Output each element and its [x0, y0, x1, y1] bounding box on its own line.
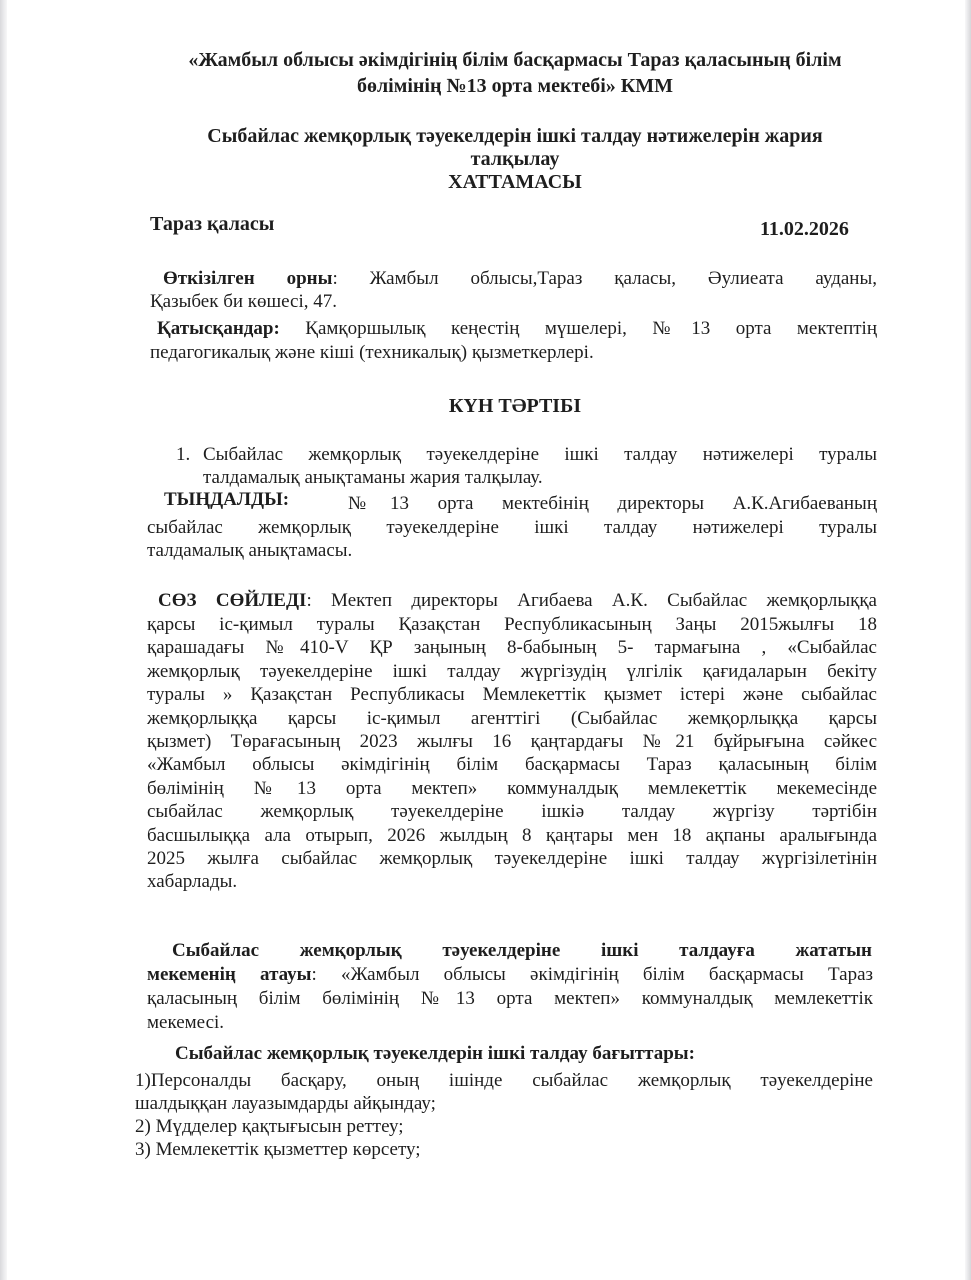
participants-label: Қатысқандар: [157, 318, 280, 339]
spoke-line: «Жамбыл облысы әкімдігінің білім басқарм… [147, 754, 877, 776]
spoke-line: туралы » Қазақстан Республикасы Мемлекет… [147, 684, 877, 706]
doc-title-line2: талқылау [140, 147, 890, 171]
spoke-line: қызмет) Төрағасының 2023 жылғы 16 қаңтар… [147, 731, 877, 753]
spoke-label: СӨЗ СӨЙЛЕДІ [158, 590, 306, 611]
city: Тараз қаласы [150, 212, 274, 236]
spoke-line: қарсы іс-қимыл туралы Қазақстан Республи… [147, 614, 877, 636]
listened-line3: талдамалық анықтамасы. [147, 540, 352, 562]
institution-line2: мекеменің атауы: «Жамбыл облысы әкімдігі… [147, 964, 873, 986]
spoke-line: хабарлады. [147, 871, 237, 893]
institution-label-line1: Сыбайлас жемқорлық тәуекелдеріне ішкі та… [172, 940, 872, 962]
directions-heading: Сыбайлас жемқорлық тәуекелдерін ішкі тал… [175, 1043, 695, 1065]
org-name-line2: бөлімінің №13 орта мектебі» КММ [140, 74, 890, 98]
listened-line1: №13 орта мектебінің директоры А.К.Агибае… [348, 493, 877, 515]
direction-item-3: 3) Мемлекеттік қызметтер көрсету; [135, 1139, 421, 1161]
listened-line2: сыбайлас жемқорлық тәуекелдеріне ішкі та… [147, 517, 877, 539]
spoke-line: бөлімінің №13 орта мектеп» коммуналдық м… [147, 778, 877, 800]
venue-line1: Өткізілген орны: Жамбыл облысы,Тараз қал… [163, 268, 877, 290]
participants-line2: педагогикалық және кіші (техникалық) қыз… [150, 342, 594, 364]
doc-title-line1: Сыбайлас жемқорлық тәуекелдерін ішкі тал… [140, 124, 890, 148]
participants-line1: Қатысқандар: Қамқоршылық кеңестің мүшеле… [157, 318, 877, 340]
agenda-item-line2: талдамалық анықтаманы жария талқылау. [203, 467, 543, 489]
agenda-item-number: 1. [176, 444, 190, 466]
listened-label: ТЫҢДАЛДЫ: [164, 489, 289, 511]
spoke-line: басшылыққа ала отырып, 2026 жылдың 8 қаң… [147, 825, 877, 847]
spoke-line: сыбайлас жемқорлық тәуекелдеріне ішкіә т… [147, 801, 877, 823]
venue-label: Өткізілген орны [163, 268, 332, 289]
venue-value: : Жамбыл облысы,Тараз қаласы, Әулиеата а… [332, 268, 877, 289]
direction-item-2: 2) Мүдделер қақтығысын реттеу; [135, 1116, 404, 1138]
doc-title-line3: ХАТТАМАСЫ [140, 170, 890, 194]
participants-value: Қамқоршылық кеңестің мүшелері, №13 орта … [280, 318, 877, 339]
institution-line3: қаласының білім бөлімінің №13 орта мекте… [147, 988, 873, 1010]
agenda-item-line1: Сыбайлас жемқорлық тәуекелдеріне ішкі та… [203, 444, 877, 466]
venue-line2: Қазыбек би көшесі, 47. [150, 291, 337, 313]
institution-line4: мекемесі. [147, 1012, 224, 1034]
document-page: «Жамбыл облысы әкімдігінің білім басқарм… [0, 0, 971, 1280]
spoke-line: жемқорлық тәуекелдеріне ішкі талдау жүрг… [147, 661, 877, 683]
spoke-line: қарашадағы №410-V ҚР заңының 8-бабының 5… [147, 637, 877, 659]
date: 11.02.2026 [760, 217, 849, 241]
direction-item-1-line1: 1)Персоналды басқару, оның ішінде сыбайл… [135, 1070, 873, 1092]
spoke-line: 2025 жылға сыбайлас жемқорлық тәуекелдер… [147, 848, 877, 870]
spoke-line1: СӨЗ СӨЙЛЕДІ: Мектеп директоры Агибаева А… [158, 590, 877, 612]
direction-item-1-line2: шалдыққан лауазымдарды айқындау; [135, 1093, 436, 1115]
institution-label: мекеменің атауы [147, 964, 312, 985]
agenda-heading: КҮН ТӘРТІБІ [140, 394, 890, 418]
org-name-line1: «Жамбыл облысы әкімдігінің білім басқарм… [140, 48, 890, 72]
spoke-line: жемқорлыққа қарсы іс-қимыл агенттігі (Сы… [147, 708, 877, 730]
